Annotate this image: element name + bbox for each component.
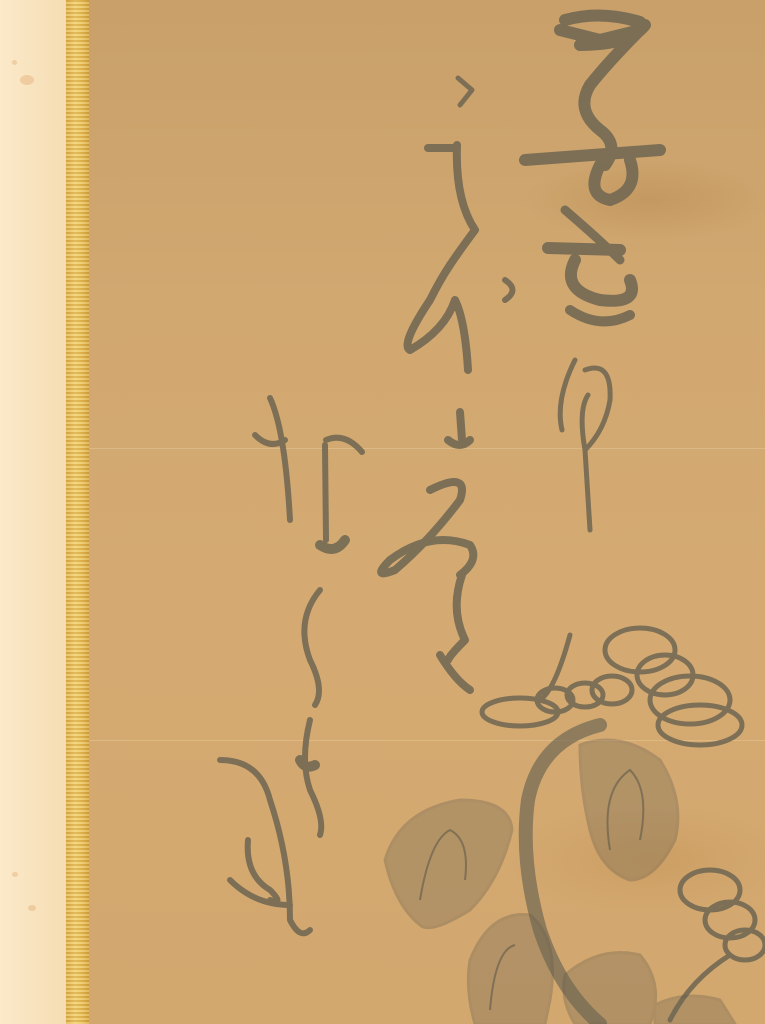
- painting-paper: [89, 0, 765, 1024]
- leaf-left: [385, 800, 512, 928]
- calligraphy-column-1-lower: [560, 360, 610, 530]
- stain: [12, 872, 18, 877]
- stain: [20, 75, 34, 85]
- ink-artwork: [89, 0, 765, 1024]
- calligraphy-column-2: [381, 78, 512, 690]
- tendril-cluster-top: [482, 628, 742, 745]
- leaf-bottom-left: [468, 915, 552, 1024]
- stain: [12, 60, 17, 65]
- stain: [28, 905, 36, 911]
- scroll-mounting: [0, 0, 66, 1024]
- leaf-bottom-right: [655, 996, 735, 1024]
- calligraphy-column-3: [220, 398, 362, 933]
- leaf-upper-right: [580, 740, 678, 880]
- leaf-bottom-center: [564, 953, 656, 1024]
- gold-brocade-strip: [66, 0, 89, 1024]
- calligraphy-column-1: [525, 15, 660, 321]
